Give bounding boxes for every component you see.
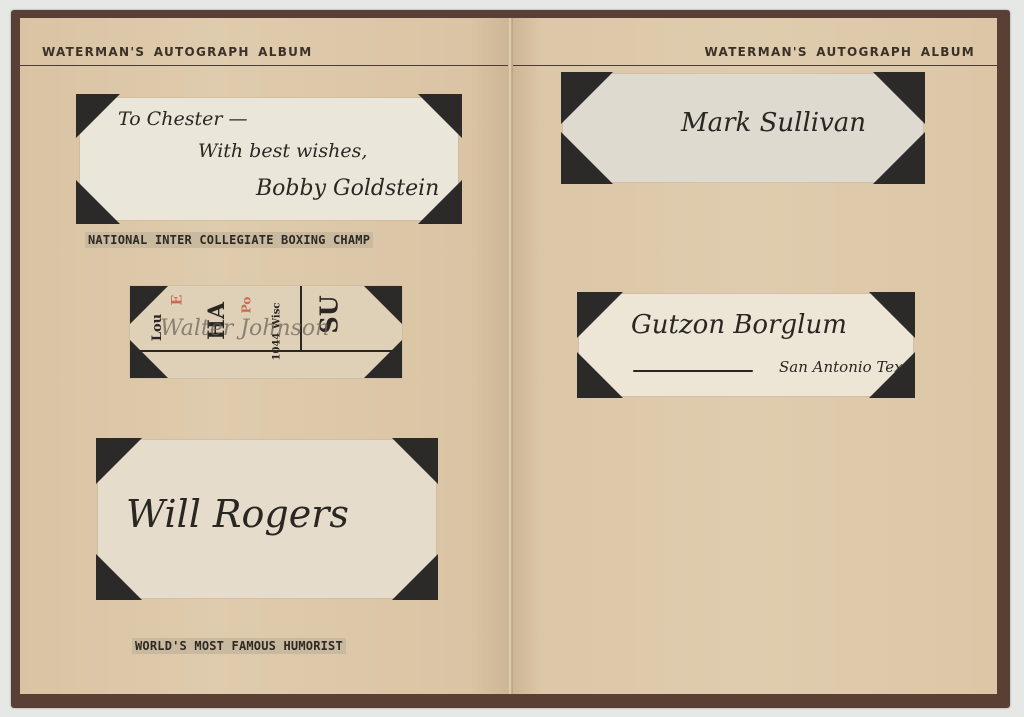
photo-corner — [561, 72, 613, 124]
clip-horizontal-rule — [130, 350, 402, 352]
autograph-card-rogers: Will Rogers — [98, 440, 436, 598]
inscription-line1: To Chester — — [118, 108, 247, 130]
clip-fragment: Po — [239, 297, 253, 314]
photo-corner — [364, 286, 402, 324]
clip-fragment: E — [169, 295, 185, 306]
right-page-header: WATERMAN'S AUTOGRAPH ALBUM — [705, 38, 975, 66]
photo-corner — [364, 340, 402, 378]
photo-corner — [130, 340, 168, 378]
signature: Bobby Goldstein — [256, 176, 439, 201]
photo-corner — [96, 554, 142, 600]
autograph-card-goldstein: To Chester — With best wishes, Bobby Gol… — [80, 98, 458, 220]
left-page: WATERMAN'S AUTOGRAPH ALBUM To Chester — … — [20, 18, 509, 694]
signature: Gutzon Borglum — [631, 310, 847, 340]
caption-boxing-champ: NATIONAL INTER COLLEGIATE BOXING CHAMP — [85, 232, 373, 248]
caption-humorist: WORLD'S MOST FAMOUS HUMORIST — [132, 638, 346, 654]
photo-corner — [873, 72, 925, 124]
photo-corner — [76, 180, 120, 224]
photo-corner — [130, 286, 168, 324]
header-rule — [20, 65, 508, 66]
photo-corner — [869, 352, 915, 398]
photo-corner — [869, 292, 915, 338]
photo-corner — [418, 180, 462, 224]
signature: Will Rogers — [126, 492, 349, 536]
photo-corner — [418, 94, 462, 138]
header-rule — [513, 65, 997, 66]
right-page: WATERMAN'S AUTOGRAPH ALBUM Mark Sullivan… — [512, 18, 997, 694]
inscription-line2: With best wishes, — [198, 140, 367, 162]
photo-corner — [96, 438, 142, 484]
left-page-header: WATERMAN'S AUTOGRAPH ALBUM — [42, 38, 312, 66]
photo-corner — [76, 94, 120, 138]
autograph-card-borglum: Gutzon Borglum San Antonio Tex — [579, 294, 913, 396]
photo-corner — [392, 554, 438, 600]
photo-corner — [561, 132, 613, 184]
photo-corner — [577, 292, 623, 338]
signature: Mark Sullivan — [681, 108, 866, 138]
autograph-clipping-johnson: Lou E HA Po 1044 Wisc SU Walter Johnson — [130, 286, 402, 378]
signature-underline — [633, 370, 753, 372]
autograph-card-sullivan: Mark Sullivan — [563, 74, 923, 182]
photo-corner — [392, 438, 438, 484]
photo-corner — [873, 132, 925, 184]
photo-corner — [577, 352, 623, 398]
signature: Walter Johnson — [160, 316, 329, 341]
